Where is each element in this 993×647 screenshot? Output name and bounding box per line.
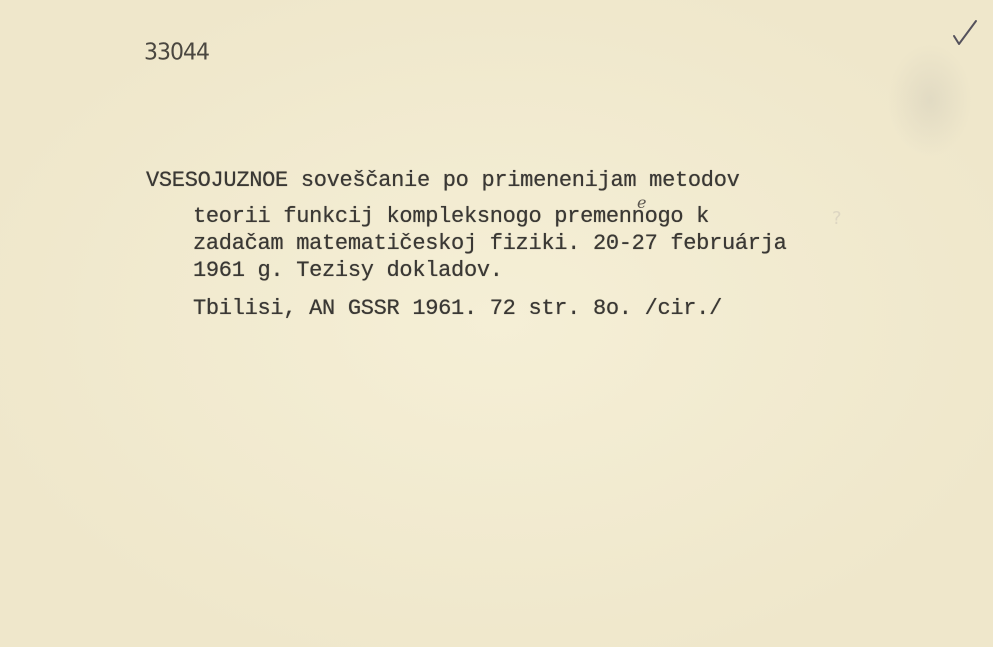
entry-heading: VSESOJUZNOE soveščanie po primenenijam m… bbox=[146, 168, 740, 193]
pencil-correction: e bbox=[637, 193, 646, 212]
entry-imprint: Tbilisi, AN GSSR 1961. 72 str. 8o. /cir.… bbox=[193, 296, 722, 321]
entry-title-line-3: 1961 g. Tezisy dokladov. bbox=[193, 258, 503, 283]
checkmark-icon bbox=[950, 18, 980, 48]
pencil-query-mark: ? bbox=[832, 208, 842, 229]
entry-title-line-2: zadačam matematičeskoj fiziki. 20-27 feb… bbox=[193, 231, 787, 256]
catalog-card: 33044 VSESOJUZNOE soveščanie po primenen… bbox=[0, 0, 993, 647]
accession-number: 33044 bbox=[144, 39, 209, 65]
entry-title-line-1: teorii funkcij kompleksnogo premennogo k bbox=[193, 204, 709, 229]
